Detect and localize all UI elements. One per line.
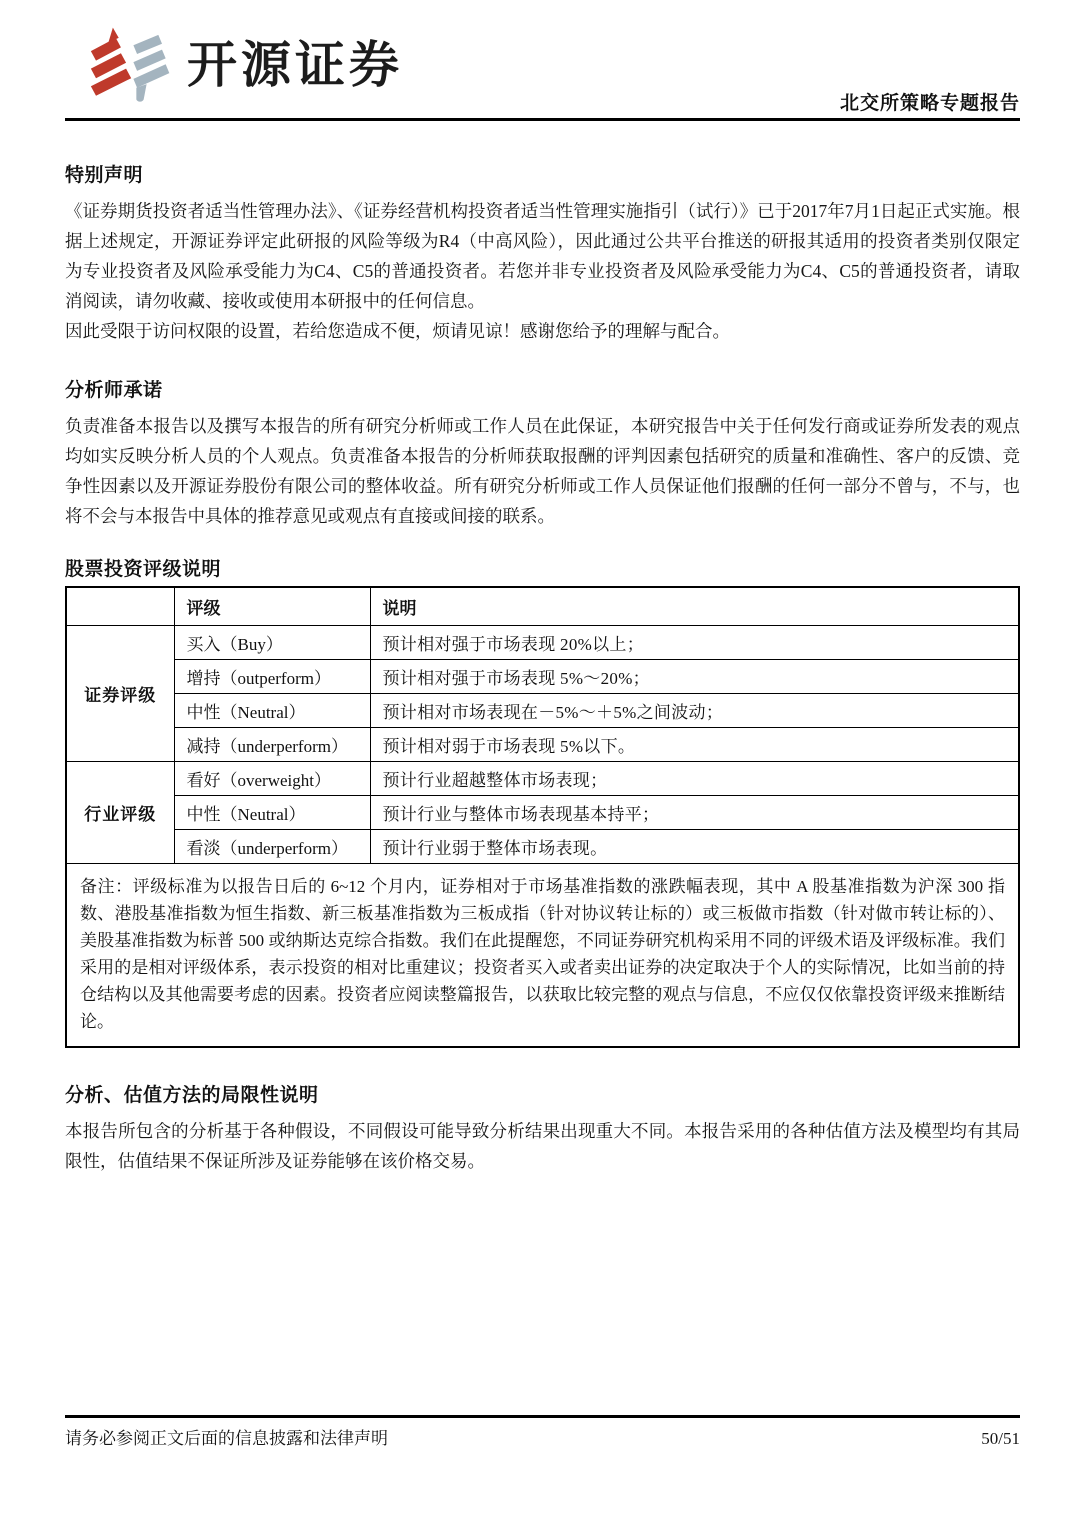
rating-name-cell: 增持（outperform） bbox=[174, 659, 370, 693]
rating-desc-cell: 预计相对弱于市场表现 5%以下。 bbox=[370, 727, 1019, 761]
brand-logo-text: 开源证券 bbox=[187, 40, 403, 90]
table-row: 中性（Neutral）预计行业与整体市场表现基本持平； bbox=[66, 795, 1019, 829]
rating-desc-cell: 预计行业超越整体市场表现； bbox=[370, 761, 1019, 795]
rating-table: 评级 说明 证券评级买入（Buy）预计相对强于市场表现 20%以上；增持（out… bbox=[65, 586, 1020, 1048]
header-cell-description: 说明 bbox=[370, 587, 1019, 625]
rating-name-cell: 买入（Buy） bbox=[174, 625, 370, 659]
rating-desc-cell: 预计相对强于市场表现 5%～20%； bbox=[370, 659, 1019, 693]
section-special-statement: 特别声明 《证券期货投资者适当性管理办法》、《证券经营机构投资者适当性管理实施指… bbox=[65, 160, 1020, 346]
report-type-label: 北交所策略专题报告 bbox=[840, 88, 1020, 115]
valuation-limitation-paragraph: 本报告所包含的分析基于各种假设，不同假设可能导致分析结果出现重大不同。本报告采用… bbox=[65, 1116, 1020, 1176]
rating-name-cell: 看好（overweight） bbox=[174, 761, 370, 795]
analyst-commitment-paragraph: 负责准备本报告以及撰写本报告的所有研究分析师或工作人员在此保证，本研究报告中关于… bbox=[65, 411, 1020, 531]
analyst-commitment-title: 分析师承诺 bbox=[65, 375, 1020, 402]
rating-note: 备注：评级标准为以报告日后的 6~12 个月内，证券相对于市场基准指数的涨跌幅表… bbox=[66, 863, 1019, 1047]
table-row: 增持（outperform）预计相对强于市场表现 5%～20%； bbox=[66, 659, 1019, 693]
header-cell-empty bbox=[66, 587, 174, 625]
rating-name-cell: 减持（underperform） bbox=[174, 727, 370, 761]
content: 特别声明 《证券期货投资者适当性管理办法》、《证券经营机构投资者适当性管理实施指… bbox=[0, 121, 1080, 1176]
rating-desc-cell: 预计行业与整体市场表现基本持平； bbox=[370, 795, 1019, 829]
rating-name-cell: 中性（Neutral） bbox=[174, 693, 370, 727]
rating-name-cell: 中性（Neutral） bbox=[174, 795, 370, 829]
brand-logo-icon bbox=[85, 26, 173, 104]
special-statement-paragraph-2: 因此受限于访问权限的设置，若给您造成不便，烦请见谅！感谢您给予的理解与配合。 bbox=[65, 316, 1020, 346]
rating-table-header: 评级 说明 bbox=[66, 587, 1019, 625]
footer-divider bbox=[65, 1415, 1020, 1418]
table-row: 证券评级买入（Buy）预计相对强于市场表现 20%以上； bbox=[66, 625, 1019, 659]
header-divider bbox=[65, 118, 1020, 121]
rating-desc-cell: 预计相对强于市场表现 20%以上； bbox=[370, 625, 1019, 659]
rating-desc-cell: 预计行业弱于整体市场表现。 bbox=[370, 829, 1019, 863]
rating-desc-cell: 预计相对市场表现在－5%～＋5%之间波动； bbox=[370, 693, 1019, 727]
rating-name-cell: 看淡（underperform） bbox=[174, 829, 370, 863]
footer-disclaimer-text: 请务必参阅正文后面的信息披露和法律声明 bbox=[65, 1424, 388, 1449]
table-row: 看淡（underperform）预计行业弱于整体市场表现。 bbox=[66, 829, 1019, 863]
table-row: 行业评级看好（overweight）预计行业超越整体市场表现； bbox=[66, 761, 1019, 795]
table-note-row: 备注：评级标准为以报告日后的 6~12 个月内，证券相对于市场基准指数的涨跌幅表… bbox=[66, 863, 1019, 1047]
table-row: 减持（underperform）预计相对弱于市场表现 5%以下。 bbox=[66, 727, 1019, 761]
rating-table-body: 证券评级买入（Buy）预计相对强于市场表现 20%以上；增持（outperfor… bbox=[66, 625, 1019, 1047]
page-footer: 请务必参阅正文后面的信息披露和法律声明 50/51 bbox=[65, 1424, 1020, 1449]
masthead: 开源证券 北交所策略专题报告 bbox=[0, 0, 1080, 121]
report-page: 开源证券 北交所策略专题报告 特别声明 《证券期货投资者适当性管理办法》、《证券… bbox=[0, 0, 1080, 1519]
section-rating-explanation: 股票投资评级说明 评级 说明 证券评级买入（Buy）预计相对强于市场表现 20%… bbox=[65, 554, 1020, 1048]
section-analyst-commitment: 分析师承诺 负责准备本报告以及撰写本报告的所有研究分析师或工作人员在此保证，本研… bbox=[65, 375, 1020, 531]
header-cell-rating: 评级 bbox=[174, 587, 370, 625]
brand-logo: 开源证券 bbox=[85, 26, 403, 104]
rating-group-label: 证券评级 bbox=[66, 625, 174, 761]
special-statement-title: 特别声明 bbox=[65, 160, 1020, 187]
table-row: 中性（Neutral）预计相对市场表现在－5%～＋5%之间波动； bbox=[66, 693, 1019, 727]
valuation-limitation-title: 分析、估值方法的局限性说明 bbox=[65, 1080, 1020, 1107]
special-statement-paragraph-1: 《证券期货投资者适当性管理办法》、《证券经营机构投资者适当性管理实施指引（试行）… bbox=[65, 196, 1020, 316]
page-number: 50/51 bbox=[981, 1429, 1020, 1449]
table-header-row: 评级 说明 bbox=[66, 587, 1019, 625]
rating-group-label: 行业评级 bbox=[66, 761, 174, 863]
section-valuation-limitation: 分析、估值方法的局限性说明 本报告所包含的分析基于各种假设，不同假设可能导致分析… bbox=[65, 1080, 1020, 1176]
rating-explanation-title: 股票投资评级说明 bbox=[65, 554, 1020, 581]
